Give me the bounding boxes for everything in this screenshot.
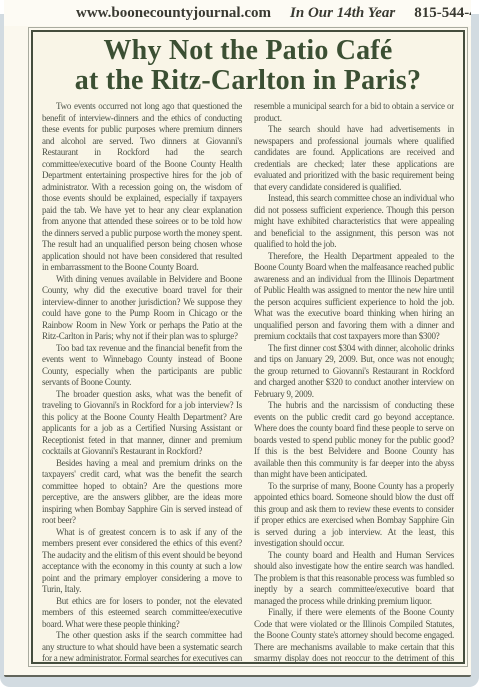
article-paragraph: To the surprise of many, Boone County ha… <box>254 481 454 550</box>
article-paragraph: Besides having a meal and premium drinks… <box>42 458 242 527</box>
article-title: Why Not the Patio Café at the Ritz-Carlt… <box>33 36 463 96</box>
journal-tagline: In Our 14th Year <box>290 5 395 22</box>
article-columns: Two events occurred not long ago that qu… <box>42 101 454 664</box>
title-line-1: Why Not the Patio Café <box>103 35 392 66</box>
article-paragraph: What is of greatest concern is to ask if… <box>42 527 242 596</box>
article-box: Why Not the Patio Café at the Ritz-Carlt… <box>31 30 465 664</box>
article-paragraph: Two events occurred not long ago that qu… <box>42 101 242 274</box>
article-paragraph: With dining venues available in Belvider… <box>42 274 242 343</box>
screenshot-viewport: www.boonecountyjournal.com In Our 14th Y… <box>0 0 479 687</box>
article-paragraph: The first dinner cost $304 with dinner, … <box>254 343 454 401</box>
journal-website: www.boonecountyjournal.com <box>76 5 271 22</box>
article-paragraph: But ethics are for losers to ponder, not… <box>42 596 242 631</box>
article-paragraph: The broader question asks, what was the … <box>42 389 242 458</box>
article-paragraph: The search should have had advertisement… <box>254 124 454 193</box>
journal-phone: 815-544-4430 <box>414 5 471 22</box>
article-paragraph: Therefore, the Health Department appeale… <box>254 251 454 343</box>
scanned-newspaper-page: www.boonecountyjournal.com In Our 14th Y… <box>4 0 471 677</box>
masthead: www.boonecountyjournal.com In Our 14th Y… <box>4 0 471 26</box>
article-paragraph: Too bad tax revenue and the financial be… <box>42 343 242 389</box>
article-paragraph: Instead, this search committee chose an … <box>254 193 454 251</box>
article-paragraph: The hubris and the narcissism of conduct… <box>254 400 454 481</box>
article-paragraph: The county board and Health and Human Se… <box>254 550 454 608</box>
title-line-2: at the Ritz-Carlton in Paris? <box>75 65 421 96</box>
article-paragraph: Finally, if there were elements of the B… <box>254 607 454 664</box>
